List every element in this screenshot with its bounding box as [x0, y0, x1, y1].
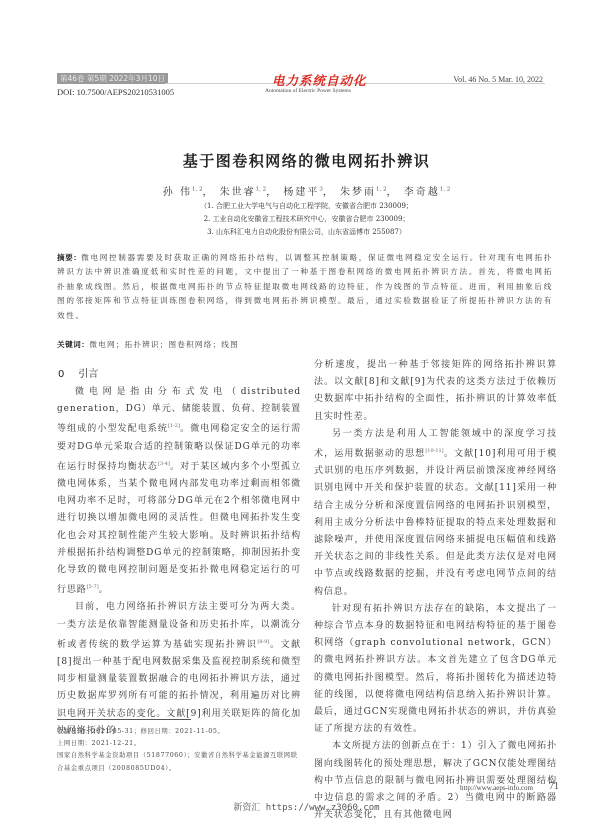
abstract: 摘要：微电网控制器需要及时获取正确的网络拓扑结构，以调整其控制策略，保证微电网稳…: [57, 251, 553, 323]
author-affil: 1, 2: [256, 187, 267, 193]
watermark: 新资汇 https://www.z3060.com: [0, 800, 613, 813]
footnote-rule: [57, 719, 191, 720]
journal-logo-cn: 电力系统自动化: [272, 71, 367, 89]
journal-name-en: Automation of Electric Power Systems: [265, 88, 351, 94]
body-left-column: 微电网是指由分布式发电（distributed generation，DG）单元…: [57, 384, 301, 740]
abstract-text: 微电网控制器需要及时获取正确的网络拓扑结构，以调整其控制策略，保证微电网稳定安全…: [57, 253, 553, 320]
volume-info: Vol. 46 No. 5 Mar. 10, 2022: [453, 75, 543, 84]
paragraph: 针对现有拓扑辨识方法存在的缺陷，本文提出了一种综合节点本身的数据特征和电网结构特…: [314, 601, 557, 739]
funding: 国家自然科学基金资助项目（51877060）；安徽省自然科学基金能源互联网联合基…: [57, 750, 301, 774]
author-affil: 1, 2: [192, 187, 203, 193]
paragraph: 另一类方法是利用人工智能领域中的深度学习技术，运用数据驱动的思想[10-11]。…: [314, 426, 557, 601]
received-date: 收稿日期：2021-05-31；修回日期：2021-11-05。: [57, 726, 301, 738]
paragraph-text: 。对于某区域内多个小型孤立微电网体系，当某个微电网内部发电功率过剩而相邻微电网功…: [57, 462, 301, 595]
body-right-column: 分析速度，提出一种基于邻接矩阵的网络拓扑辨识算法。以文献[8]和文献[9]为代表…: [314, 357, 557, 824]
paragraph: 分析速度，提出一种基于邻接矩阵的网络拓扑辨识算法。以文献[8]和文献[9]为代表…: [314, 357, 557, 426]
paragraph-text: 分析速度，提出一种基于邻接矩阵的网络拓扑辨识算法。以文献[8]和文献[9]为代表…: [314, 360, 557, 422]
paragraph-text: 。文献[8]提出一种基于配电网数据采集及监视控制系统和微型同步相量测量装置数据融…: [57, 640, 301, 736]
author: 朱世睿: [220, 187, 256, 198]
paragraph-text: 。: [99, 585, 109, 595]
abstract-label: 摘要：: [57, 253, 81, 262]
author-affil: 1, 2: [376, 187, 387, 193]
keywords-text: 微电网；拓扑辨识；图卷积网络；线图: [89, 340, 239, 349]
affiliation: 3. 山东科汇电力自动化股份有限公司，山东省淄博市 255087）: [0, 227, 613, 237]
affiliation: 2. 工业自动化安徽省工程技术研究中心，安徽省合肥市 230009；: [0, 214, 613, 224]
author: 孙 伟: [163, 187, 192, 198]
section-heading: 0引言: [58, 365, 98, 380]
author-affil: 1, 2: [440, 187, 451, 193]
online-date: 上网日期：2021-12-21。: [57, 738, 301, 750]
page-number: 71: [549, 781, 559, 792]
section-title: 引言: [78, 369, 98, 380]
author: 杨建平: [283, 187, 319, 198]
citation: [3-4]: [158, 461, 170, 467]
journal-url[interactable]: http://www.aeps-info.com: [460, 784, 533, 792]
paragraph-text: 。文献[10]利用可用于模式识别的电压序列数据，并设计两层前馈深度神经网络识别电…: [314, 449, 557, 597]
paragraph: 微电网是指由分布式发电（distributed generation，DG）单元…: [57, 384, 301, 599]
citation: [1-2]: [168, 423, 180, 429]
citation: [10-11]: [425, 448, 443, 454]
author: 朱梦雨: [340, 187, 376, 198]
paper-title: 基于图卷积网络的微电网拓扑辨识: [0, 150, 613, 171]
keywords: 关键词：微电网；拓扑辨识；图卷积网络；线图: [57, 339, 239, 350]
citation: [8-9]: [257, 639, 269, 645]
paragraph-text: 针对现有拓扑辨识方法存在的缺陷，本文提出了一种综合节点本身的数据特征和电网结构特…: [314, 604, 557, 734]
doi: DOI: 10.7500/AEPS20210531005: [57, 87, 174, 97]
footnotes: 收稿日期：2021-05-31；修回日期：2021-11-05。 上网日期：20…: [57, 726, 301, 775]
section-number: 0: [58, 369, 64, 380]
author-affil: 3: [319, 187, 323, 193]
issue-band: 第46卷 第5期 2022年3月10日: [57, 73, 168, 84]
keywords-label: 关键词：: [57, 340, 89, 349]
author: 李奇越: [404, 187, 440, 198]
affiliation: （1. 合肥工业大学电气与自动化工程学院，安徽省合肥市 230009；: [0, 201, 613, 211]
author-list: 孙 伟1, 2， 朱世睿1, 2， 杨建平3， 朱梦雨1, 2， 李奇越1, 2: [0, 183, 613, 198]
citation: [5-7]: [87, 584, 99, 590]
